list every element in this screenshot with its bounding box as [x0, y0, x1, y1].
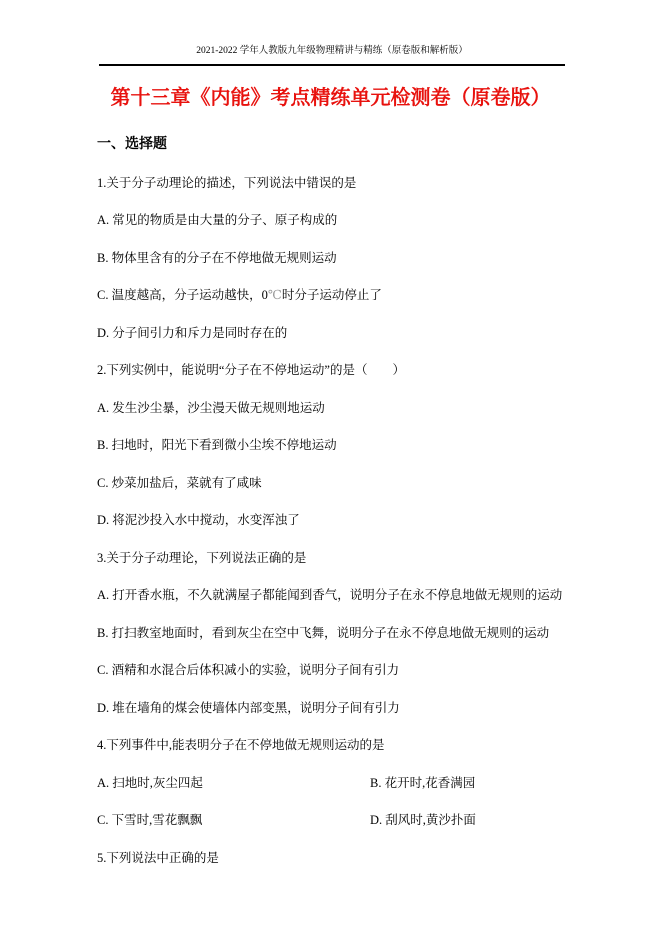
document-page: 2021-2022 学年人教版九年级物理精讲与精练（原卷版和解析版） 第十三章《… — [0, 0, 661, 935]
header-divider — [99, 64, 565, 66]
question-3-option-c: C. 酒精和水混合后体积减小的实验，说明分子间有引力 — [97, 662, 569, 678]
question-4-option-d: D. 刮风时,黄沙扑面 — [370, 812, 476, 828]
document-title: 第十三章《内能》考点精练单元检测卷（原卷版） — [0, 86, 661, 110]
question-3-option-b: B. 打扫教室地面时，看到灰尘在空中飞舞，说明分子在永不停息地做无规则的运动 — [97, 625, 569, 641]
question-3-option-a: A. 打开香水瓶，不久就满屋子都能闻到香气，说明分子在永不停息地做无规则的运动 — [97, 587, 569, 603]
question-4-option-a: A. 扫地时,灰尘四起 — [97, 775, 370, 791]
question-4-options-row-1: A. 扫地时,灰尘四起 B. 花开时,花香满园 — [97, 775, 569, 791]
header-text: 2021-2022 学年人教版九年级物理精讲与精练（原卷版和解析版） — [196, 46, 468, 56]
question-4-options-row-2: C. 下雪时,雪花飘飘 D. 刮风时,黄沙扑面 — [97, 812, 569, 828]
question-5-stem: 5.下列说法中正确的是 — [97, 850, 569, 866]
question-1-option-b: B. 物体里含有的分子在不停地做无规则运动 — [97, 250, 569, 266]
content-area: 一、选择题 1.关于分子动理论的描述，下列说法中错误的是 A. 常见的物质是由大… — [97, 137, 569, 887]
question-2-stem: 2.下列实例中，能说明“分子在不停地运动”的是（ ） — [97, 362, 569, 378]
question-2-option-c: C. 炒菜加盐后，菜就有了咸味 — [97, 475, 569, 491]
question-1-option-c-text: C. 温度越高，分子运动越快，0 — [97, 288, 268, 302]
question-1-stem: 1.关于分子动理论的描述，下列说法中错误的是 — [97, 175, 569, 191]
question-1-option-c-text-end: 时分子运动停止了 — [282, 288, 382, 302]
question-3-stem: 3.关于分子动理论，下列说法正确的是 — [97, 550, 569, 566]
question-2-option-d: D. 将泥沙投入水中搅动，水变浑浊了 — [97, 512, 569, 528]
page-header: 2021-2022 学年人教版九年级物理精讲与精练（原卷版和解析版） — [99, 45, 565, 58]
question-4-option-b: B. 花开时,花香满园 — [370, 775, 475, 791]
question-4-stem: 4.下列事件中,能表明分子在不停地做无规则运动的是 — [97, 737, 569, 753]
question-2-option-a: A. 发生沙尘暴，沙尘漫天做无规则地运动 — [97, 400, 569, 416]
question-1-option-a: A. 常见的物质是由大量的分子、原子构成的 — [97, 212, 569, 228]
question-2-option-b: B. 扫地时，阳光下看到微小尘埃不停地运动 — [97, 437, 569, 453]
question-1-option-d: D. 分子间引力和斥力是同时存在的 — [97, 325, 569, 341]
degree-celsius-symbol: ℃ — [268, 288, 282, 302]
question-1-option-c: C. 温度越高，分子运动越快，0℃时分子运动停止了 — [97, 287, 569, 303]
section-heading: 一、选择题 — [97, 137, 569, 153]
question-4-option-c: C. 下雪时,雪花飘飘 — [97, 812, 370, 828]
question-3-option-d: D. 堆在墙角的煤会使墙体内部变黑，说明分子间有引力 — [97, 700, 569, 716]
